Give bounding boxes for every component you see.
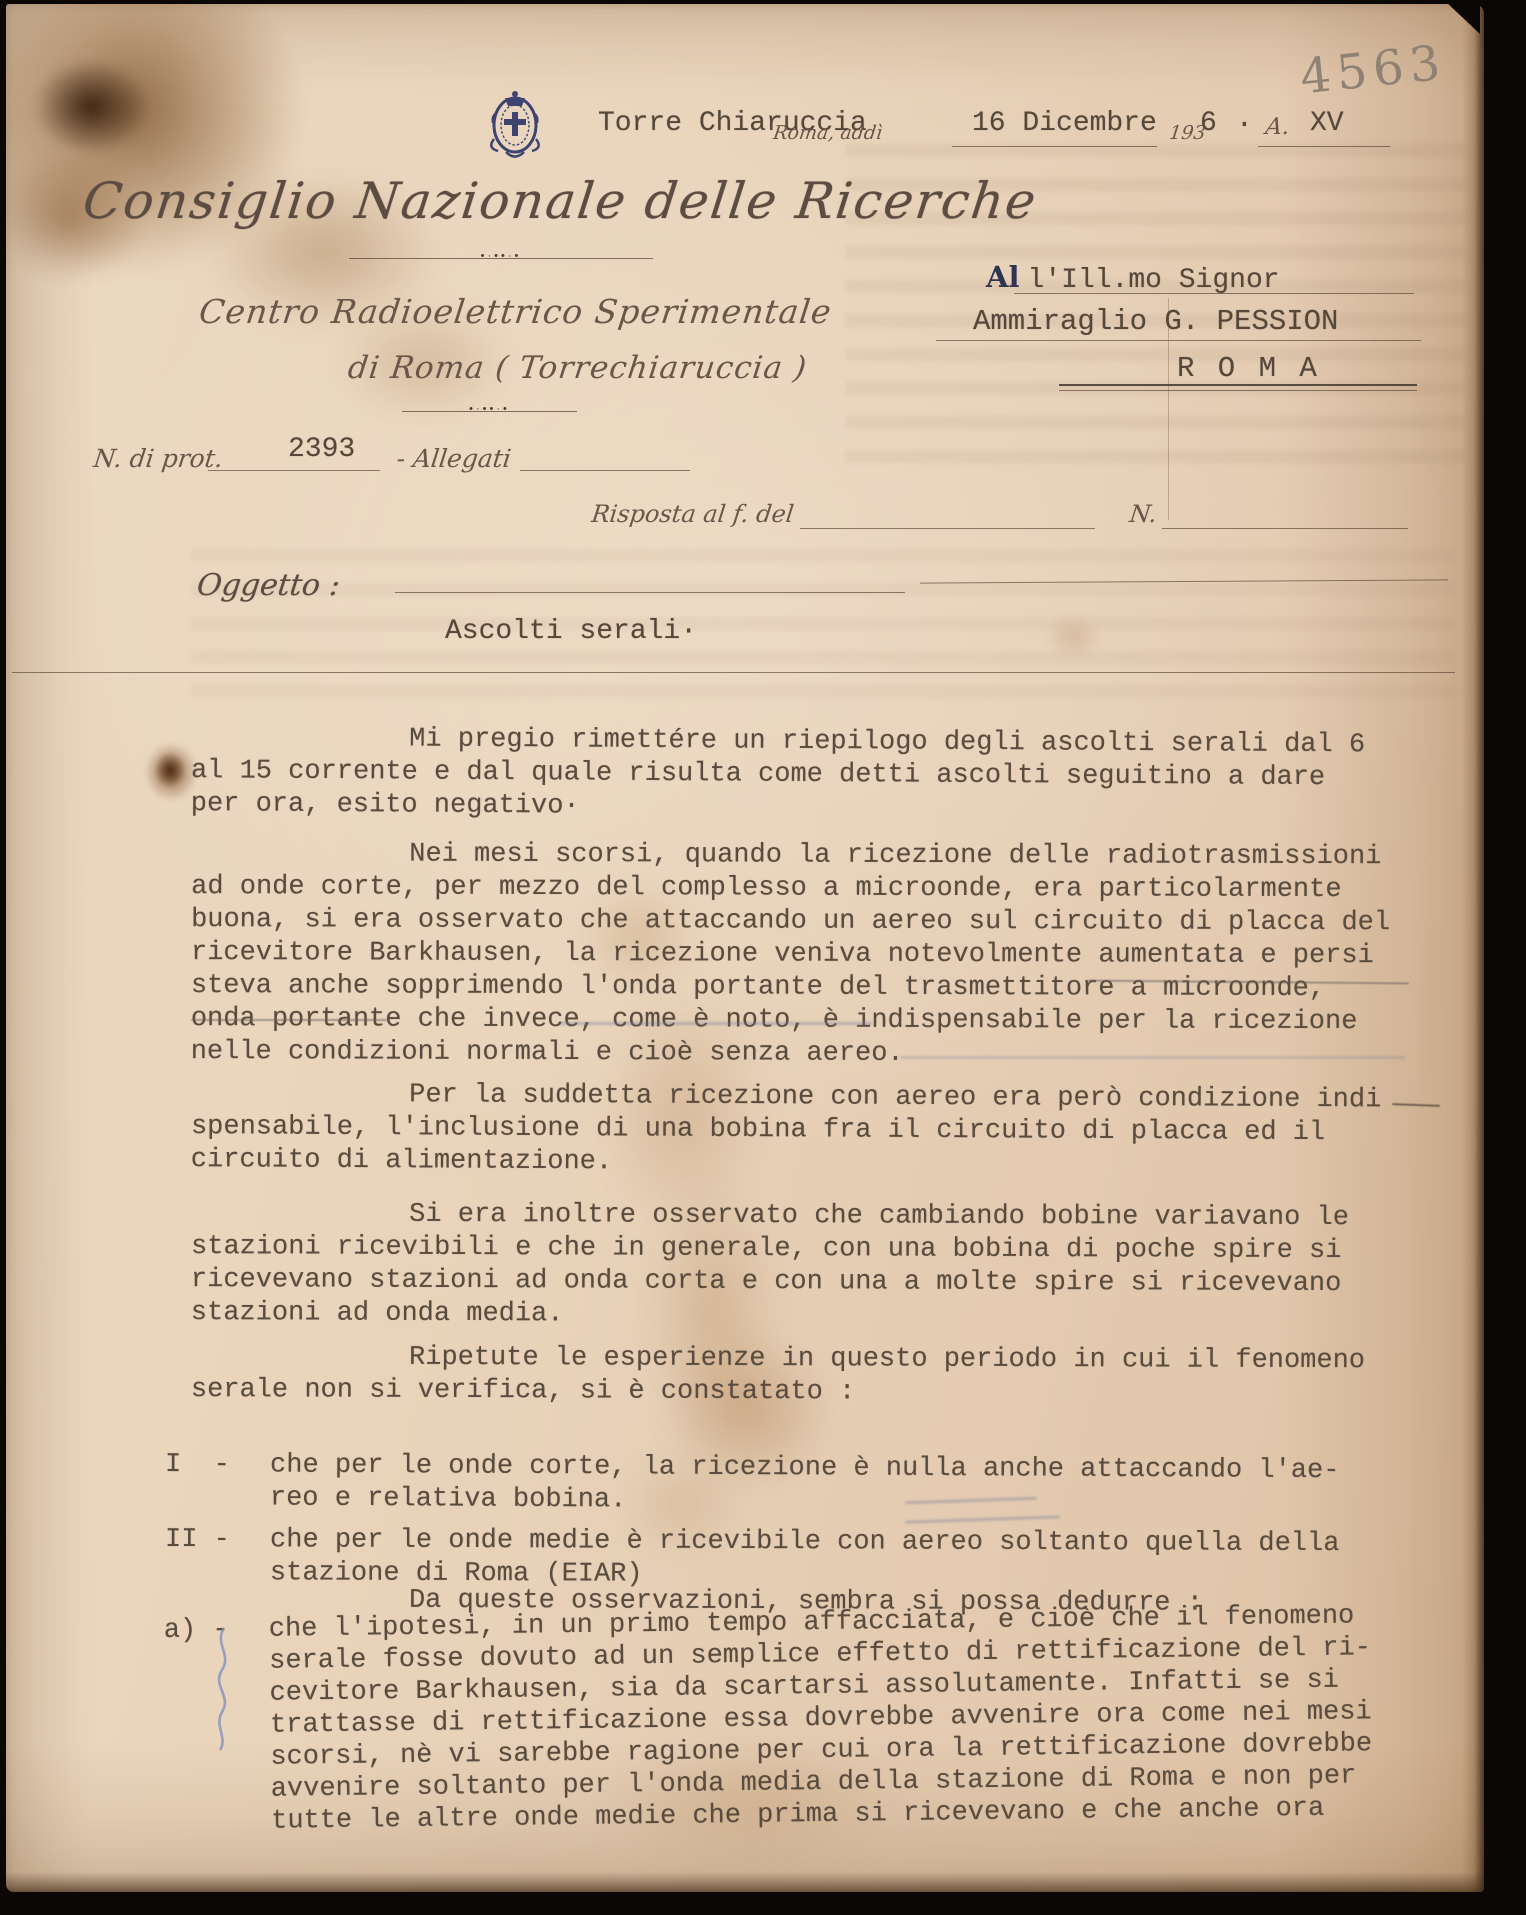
text-line: ad onde corte, per mezzo del complesso a… bbox=[165, 871, 1465, 907]
item-label: I - bbox=[165, 1449, 230, 1482]
photo-corner bbox=[1444, 0, 1480, 34]
text-line: ricevevano stazioni ad onda corta e con … bbox=[165, 1264, 1465, 1302]
text-line: reo e relativa bobina. bbox=[165, 1482, 1465, 1522]
text-line: stazioni ad onda media. bbox=[165, 1297, 1465, 1335]
text-line: nelle condizioni normali e cioè senza ae… bbox=[165, 1036, 1465, 1072]
text-line: stazioni ricevibili e che in generale, c… bbox=[165, 1231, 1465, 1269]
blue-squiggle-mark bbox=[212, 1626, 234, 1757]
text-line: circuito di alimentazione. bbox=[165, 1144, 1465, 1184]
list-item: a) -che l'ipotesi, in un primo tempo aff… bbox=[164, 1599, 1467, 1839]
paragraph: Per la suddetta ricezione con aereo era … bbox=[165, 1078, 1466, 1184]
paragraph: Nei mesi scorsi, quando la ricezione del… bbox=[165, 838, 1466, 1072]
text-line: steva anche sopprimendo l'onda portante … bbox=[165, 970, 1465, 1006]
pencil-underline bbox=[191, 1019, 387, 1021]
pencil-underline bbox=[900, 1056, 1405, 1059]
text-line: buona, si era osservato che attaccando u… bbox=[165, 904, 1465, 940]
pencil-underline bbox=[560, 1022, 872, 1025]
text-line: Si era inoltre osservato che cambiando b… bbox=[165, 1198, 1465, 1236]
paper-crease bbox=[1168, 298, 1169, 520]
list-item: I -che per le onde corte, la ricezione è… bbox=[165, 1449, 1465, 1522]
item-label: II - bbox=[165, 1524, 230, 1557]
paragraph: Ripetute le esperienze in questo periodo… bbox=[165, 1341, 1465, 1412]
text-line: ricevitore Barkhausen, la ricezione veni… bbox=[165, 937, 1465, 973]
text-line: Ripetute le esperienze in questo periodo… bbox=[165, 1341, 1465, 1379]
scanned-letter-photo: 4563 Torre Chiaruccia Roma, addì 16 Dice… bbox=[0, 0, 1526, 1915]
text-line: che per le onde medie è ricevibile con a… bbox=[165, 1524, 1465, 1562]
text-line: serale non si verifica, si è constatato … bbox=[165, 1374, 1465, 1412]
text-line: Nei mesi scorsi, quando la ricezione del… bbox=[165, 838, 1465, 874]
paragraph: Si era inoltre osservato che cambiando b… bbox=[165, 1198, 1465, 1335]
paragraph: Mi pregio rimettére un riepilogo degli a… bbox=[165, 722, 1466, 829]
